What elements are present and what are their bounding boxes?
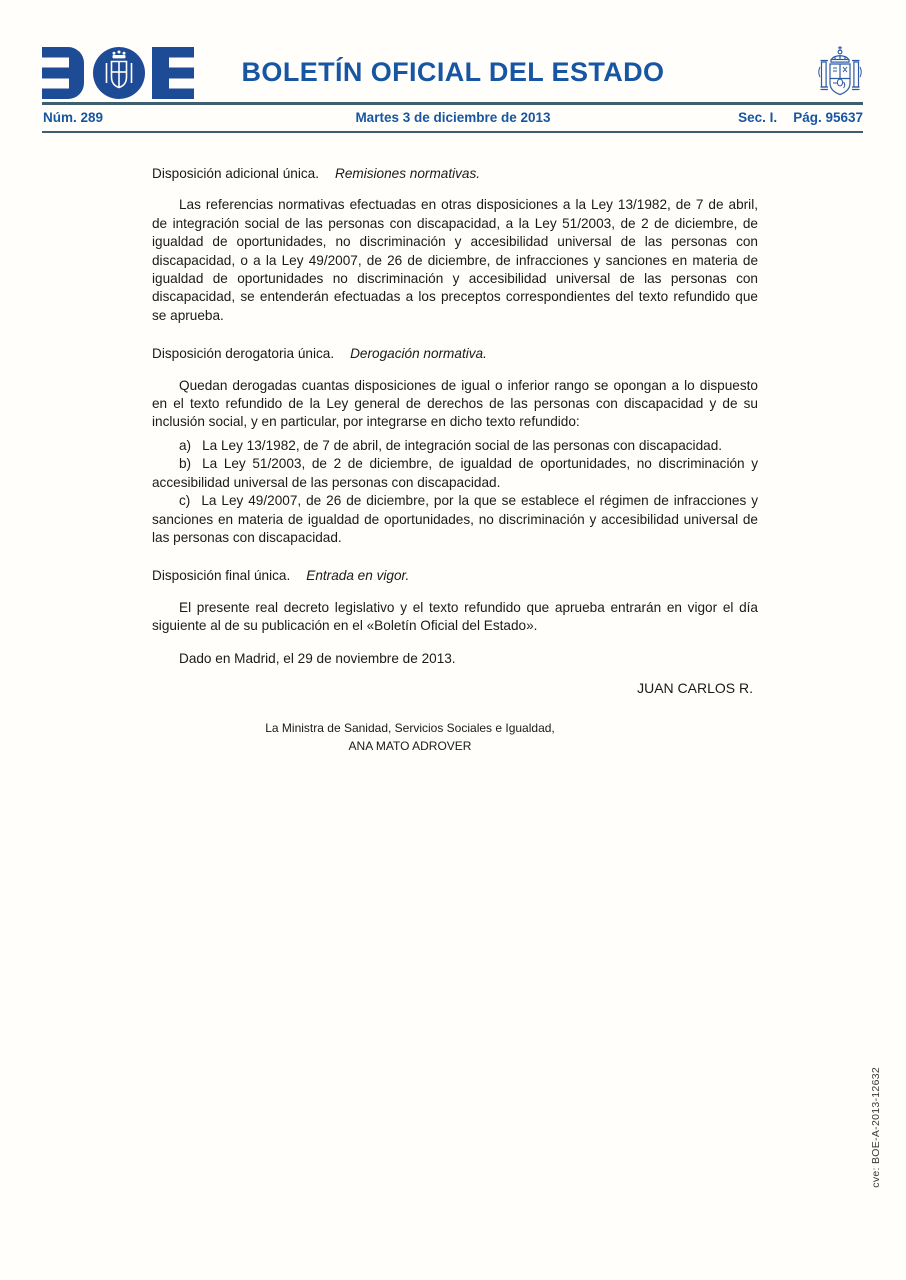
boe-document-page: BOLETÍN OFICIAL DEL ESTADO	[0, 0, 906, 1280]
dateline: Dado en Madrid, el 29 de noviembre de 20…	[152, 650, 758, 668]
derogated-laws-list: a)La Ley 13/1982, de 7 de abril, de inte…	[152, 437, 758, 547]
cve-code: cve: BOE-A-2013-12632	[870, 1067, 882, 1188]
list-item-label: b)	[179, 456, 191, 471]
page-number: Pág. 95637	[793, 110, 863, 125]
list-item: b)La Ley 51/2003, de 2 de diciembre, de …	[152, 455, 758, 492]
list-item: a)La Ley 13/1982, de 7 de abril, de inte…	[152, 437, 758, 455]
issue-line: Núm. 289 Martes 3 de diciembre de 2013 S…	[43, 110, 863, 128]
heading-label: Disposición final única.	[152, 568, 290, 583]
list-item-label: a)	[179, 438, 191, 453]
section-label: Sec. I.	[738, 110, 777, 125]
list-item-text: La Ley 49/2007, de 26 de diciembre, por …	[152, 493, 758, 545]
disposicion-final-heading: Disposición final única.Entrada en vigor…	[152, 567, 758, 585]
page-title: BOLETÍN OFICIAL DEL ESTADO	[0, 57, 906, 88]
document-body: Disposición adicional única.Remisiones n…	[152, 165, 758, 755]
heading-subtitle: Derogación normativa.	[350, 346, 487, 361]
heading-label: Disposición derogatoria única.	[152, 346, 334, 361]
heading-subtitle: Entrada en vigor.	[306, 568, 409, 583]
minister-name: ANA MATO ADROVER	[152, 737, 668, 755]
list-item-text: La Ley 13/1982, de 7 de abril, de integr…	[202, 438, 722, 453]
header-rule-bottom	[42, 131, 863, 133]
minister-title: La Ministra de Sanidad, Servicios Social…	[152, 719, 668, 737]
list-item-label: c)	[179, 493, 190, 508]
list-item: c)La Ley 49/2007, de 26 de diciembre, po…	[152, 492, 758, 547]
heading-subtitle: Remisiones normativas.	[335, 166, 480, 181]
royal-signature: JUAN CARLOS R.	[152, 679, 758, 697]
heading-label: Disposición adicional única.	[152, 166, 319, 181]
header-rule-top	[42, 102, 863, 105]
list-item-text: La Ley 51/2003, de 2 de diciembre, de ig…	[152, 456, 758, 489]
paragraph: Quedan derogadas cuantas disposiciones d…	[152, 377, 758, 432]
paragraph: El presente real decreto legislativo y e…	[152, 599, 758, 636]
disposicion-derogatoria-heading: Disposición derogatoria única.Derogación…	[152, 345, 758, 363]
paragraph: Las referencias normativas efectuadas en…	[152, 196, 758, 325]
spain-coat-of-arms-icon	[818, 45, 862, 99]
minister-signature-block: La Ministra de Sanidad, Servicios Social…	[152, 719, 668, 755]
section-page: Sec. I.Pág. 95637	[738, 110, 863, 125]
disposicion-adicional-heading: Disposición adicional única.Remisiones n…	[152, 165, 758, 183]
